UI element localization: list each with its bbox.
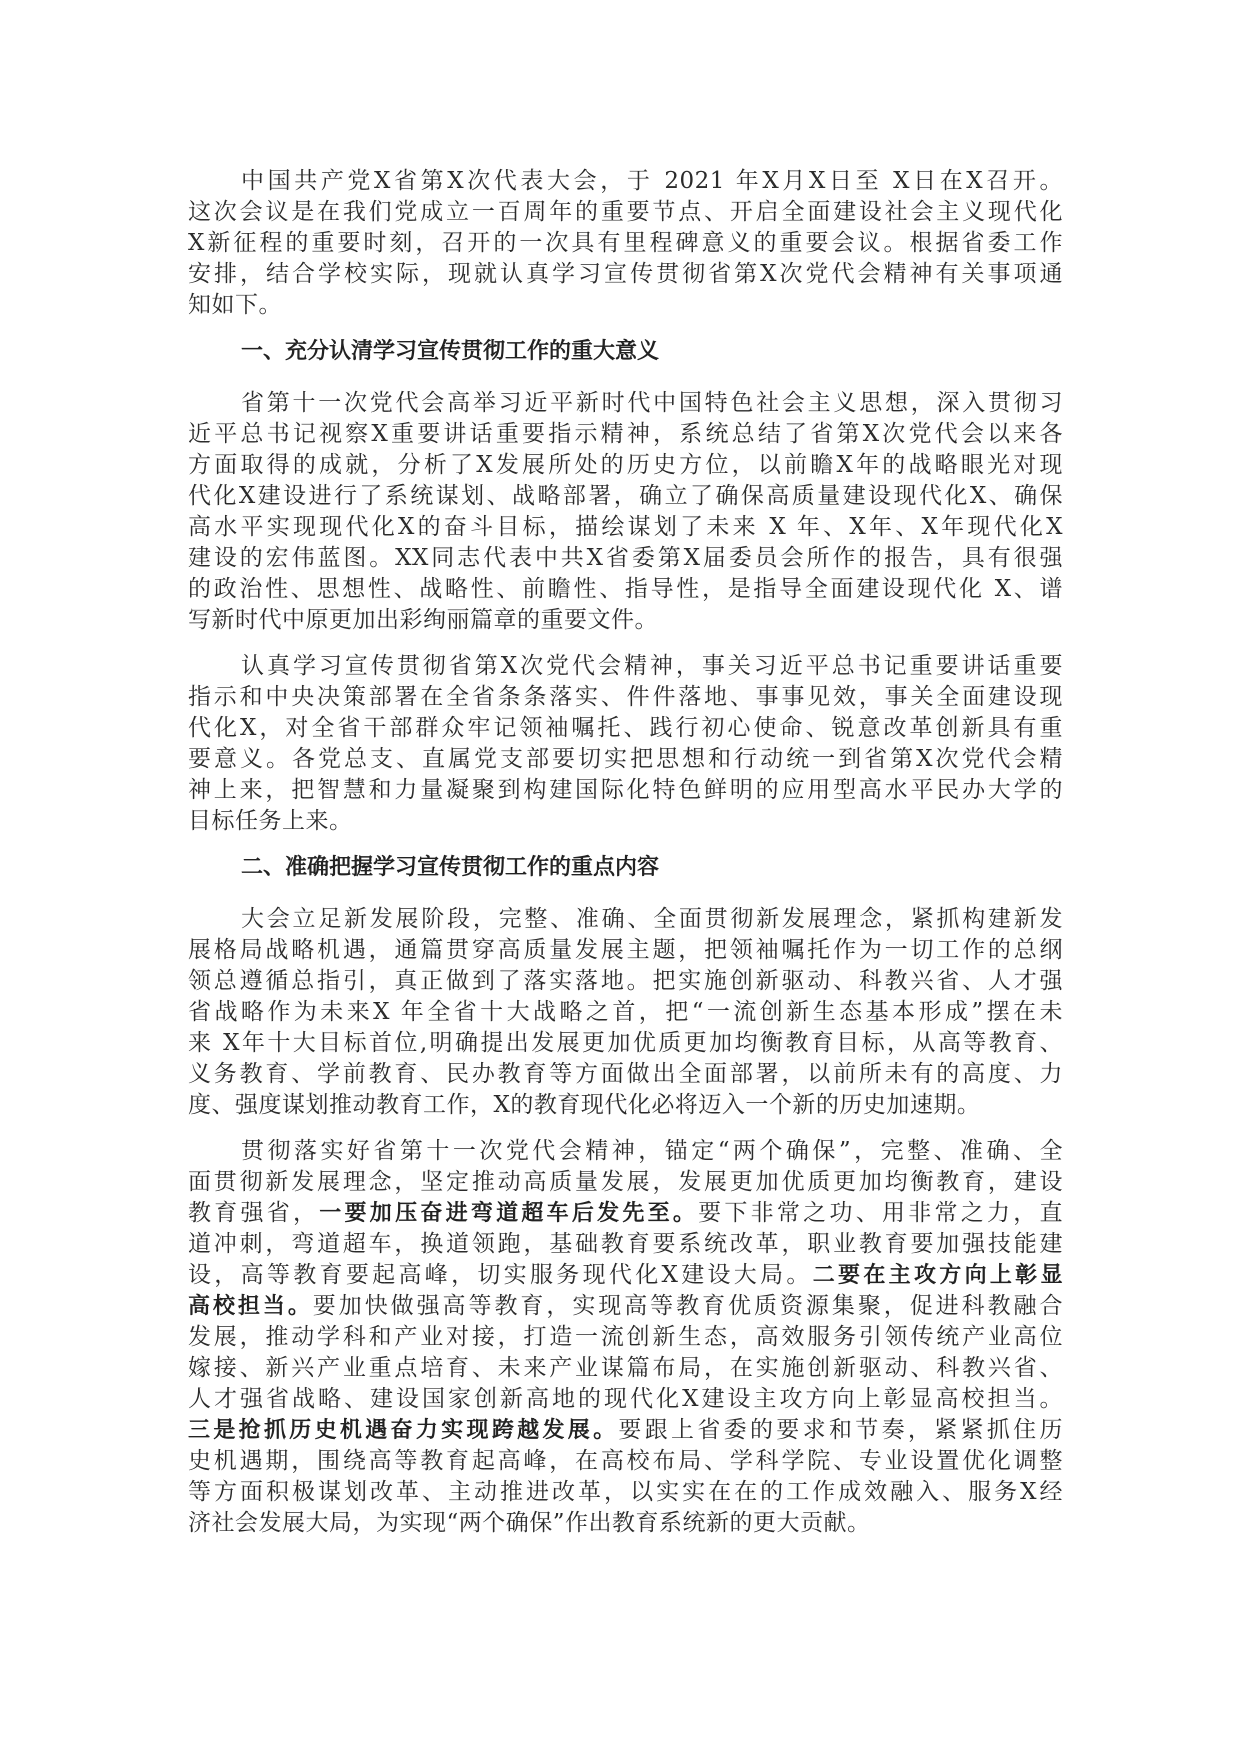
text-line: 中国共产党X省第X次代表大会，于 2021 年X月X日至 X日在X召开。 <box>188 166 1063 197</box>
text-run: 要加快做强高等教育，实现高等教育优质资源集聚，促进科教融合 <box>313 1293 1063 1319</box>
text-line: 来 X年十大目标首位,明确提出发展更加优质更加均衡教育目标，从高等教育、 <box>188 1028 1063 1059</box>
text-line: 等方面积极谋划改革、主动推进改革，以实实在在的工作成效融入、服务X经 <box>188 1477 1063 1508</box>
text-line: 贯彻落实好省第十一次党代会精神，锚定“两个确保”，完整、准确、全 <box>188 1136 1063 1167</box>
text-line: 目标任务上来。 <box>188 806 1063 837</box>
text-line: 近平总书记视察X重要讲话重要指示精神，系统总结了省第X次党代会以来各 <box>188 419 1063 450</box>
text-line: 度、强度谋划推动教育工作，X的教育现代化必将迈入一个新的历史加速期。 <box>188 1090 1063 1121</box>
text-line: 的政治性、思想性、战略性、前瞻性、指导性，是指导全面建设现代化 X、谱 <box>188 574 1063 605</box>
text-line: 代化X建设进行了系统谋划、战略部署，确立了确保高质量建设现代化X、确保 <box>188 481 1063 512</box>
text-line: 济社会发展大局，为实现“两个确保”作出教育系统新的更大贡献。 <box>188 1508 1063 1539</box>
text-line: 设，高等教育要起高峰，切实服务现代化X建设大局。二要在主攻方向上彰显 <box>188 1260 1063 1291</box>
text-line: 代化X，对全省干部群众牢记领袖嘱托、践行初心使命、锐意改革创新具有重 <box>188 713 1063 744</box>
text-run: 要跟上省委的要求和节奏，紧紧抓住历 <box>618 1417 1063 1443</box>
text-line: 方面取得的成就，分析了X发展所处的历史方位，以前瞻X年的战略眼光对现 <box>188 450 1063 481</box>
text-line: 高校担当。要加快做强高等教育，实现高等教育优质资源集聚，促进科教融合 <box>188 1291 1063 1322</box>
text-line: 建设的宏伟蓝图。XX同志代表中共X省委第X届委员会所作的报告，具有很强 <box>188 543 1063 574</box>
text-line: 知如下。 <box>188 290 1063 321</box>
text-line: 教育强省，一要加压奋进弯道超车后发先至。要下非常之功、用非常之力，直 <box>188 1198 1063 1229</box>
text-line: 要意义。各党总支、直属党支部要切实把思想和行动统一到省第X次党代会精 <box>188 744 1063 775</box>
text-run: 设，高等教育要起高峰，切实服务现代化X建设大局。 <box>188 1262 813 1288</box>
emphasis-point-2: 二要在主攻方向上彰显 <box>813 1263 1063 1288</box>
intro-paragraph: 中国共产党X省第X次代表大会，于 2021 年X月X日至 X日在X召开。 这次会… <box>188 166 1063 321</box>
emphasis-point-1: 一要加压奋进弯道超车后发先至。 <box>319 1201 698 1226</box>
text-line: 省战略作为未来X 年全省十大战略之首，把“一流创新生态基本形成”摆在未 <box>188 997 1063 1028</box>
text-run: 要下非常之功、用非常之力，直 <box>698 1200 1063 1226</box>
text-line: 发展，推动学科和产业对接，打造一流创新生态，高效服务引领传统产业高位 <box>188 1322 1063 1353</box>
text-line: 领总遵循总指引，真正做到了落实落地。把实施创新驱动、科教兴省、人才强 <box>188 966 1063 997</box>
text-line: 省第十一次党代会高举习近平新时代中国特色社会主义思想，深入贯彻习 <box>188 388 1063 419</box>
text-line: 写新时代中原更加出彩绚丽篇章的重要文件。 <box>188 605 1063 636</box>
section-heading-1: 一、充分认清学习宣传贯彻工作的重大意义 <box>188 336 1063 367</box>
text-line: 认真学习宣传贯彻省第X次党代会精神，事关习近平总书记重要讲话重要 <box>188 651 1063 682</box>
emphasis-point-2-cont: 高校担当。 <box>188 1294 313 1319</box>
section2-paragraph-1: 大会立足新发展阶段，完整、准确、全面贯彻新发展理念，紧抓构建新发 展格局战略机遇… <box>188 904 1063 1121</box>
text-line: 展格局战略机遇，通篇贯穿高质量发展主题，把领袖嘱托作为一切工作的总纲 <box>188 935 1063 966</box>
text-line: 人才强省战略、建设国家创新高地的现代化X建设主攻方向上彰显高校担当。 <box>188 1384 1063 1415</box>
text-line: 指示和中央决策部署在全省条条落实、件件落地、事事见效，事关全面建设现 <box>188 682 1063 713</box>
text-line: 史机遇期，围绕高等教育起高峰，在高校布局、学科学院、专业设置优化调整 <box>188 1446 1063 1477</box>
text-line: 高水平实现现代化X的奋斗目标，描绘谋划了未来 X 年、X年、X年现代化X <box>188 512 1063 543</box>
text-line: 三是抢抓历史机遇奋力实现跨越发展。要跟上省委的要求和节奏，紧紧抓住历 <box>188 1415 1063 1446</box>
emphasis-point-3: 三是抢抓历史机遇奋力实现跨越发展。 <box>188 1418 618 1443</box>
text-line: 神上来，把智慧和力量凝聚到构建国际化特色鲜明的应用型高水平民办大学的 <box>188 775 1063 806</box>
section1-paragraph-2: 认真学习宣传贯彻省第X次党代会精神，事关习近平总书记重要讲话重要 指示和中央决策… <box>188 651 1063 837</box>
text-line: 面贯彻新发展理念，坚定推动高质量发展，发展更加优质更加均衡教育，建设 <box>188 1167 1063 1198</box>
section-heading-2: 二、准确把握学习宣传贯彻工作的重点内容 <box>188 852 1063 883</box>
document-page: 中国共产党X省第X次代表大会，于 2021 年X月X日至 X日在X召开。 这次会… <box>188 166 1063 1554</box>
text-line: X新征程的重要时刻，召开的一次具有里程碑意义的重要会议。根据省委工作 <box>188 228 1063 259</box>
text-line: 义务教育、学前教育、民办教育等方面做出全面部署，以前所未有的高度、力 <box>188 1059 1063 1090</box>
text-line: 这次会议是在我们党成立一百周年的重要节点、开启全面建设社会主义现代化 <box>188 197 1063 228</box>
text-line: 安排，结合学校实际，现就认真学习宣传贯彻省第X次党代会精神有关事项通 <box>188 259 1063 290</box>
section2-paragraph-2: 贯彻落实好省第十一次党代会精神，锚定“两个确保”，完整、准确、全 面贯彻新发展理… <box>188 1136 1063 1539</box>
text-run: 教育强省， <box>188 1200 319 1226</box>
section1-paragraph-1: 省第十一次党代会高举习近平新时代中国特色社会主义思想，深入贯彻习 近平总书记视察… <box>188 388 1063 636</box>
text-line: 大会立足新发展阶段，完整、准确、全面贯彻新发展理念，紧抓构建新发 <box>188 904 1063 935</box>
text-line: 嫁接、新兴产业重点培育、未来产业谋篇布局，在实施创新驱动、科教兴省、 <box>188 1353 1063 1384</box>
text-line: 道冲刺，弯道超车，换道领跑，基础教育要系统改革，职业教育要加强技能建 <box>188 1229 1063 1260</box>
